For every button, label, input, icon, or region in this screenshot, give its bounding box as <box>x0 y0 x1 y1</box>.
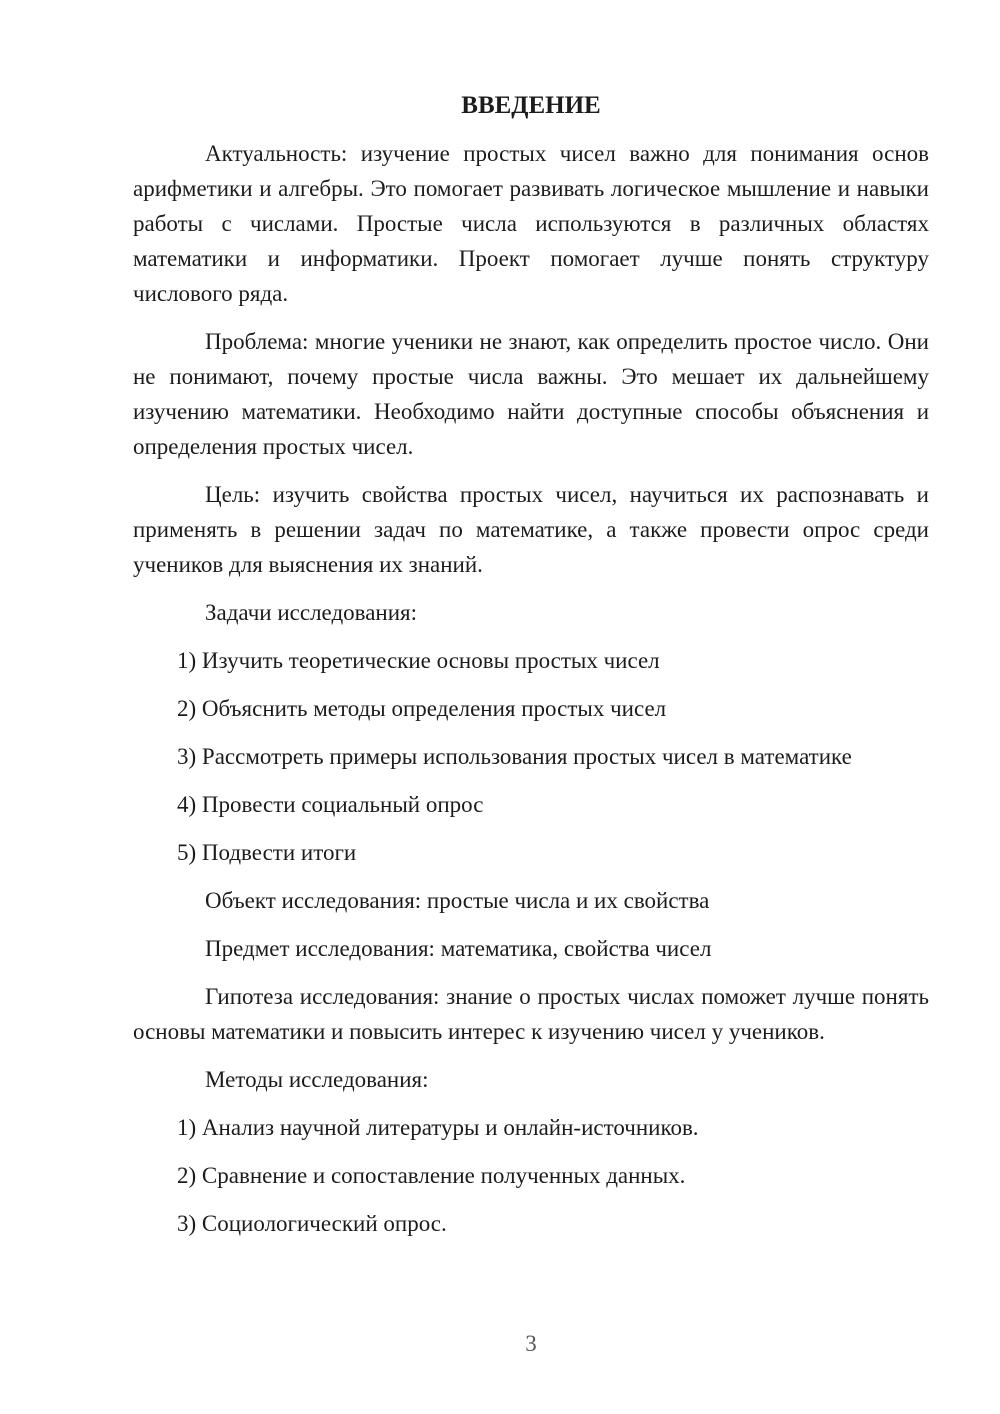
document-title: ВВЕДЕНИЕ <box>133 88 929 123</box>
object-line: Объект исследования: простые числа и их … <box>133 883 929 918</box>
method-item-1: 1) Анализ научной литературы и онлайн-ис… <box>133 1110 929 1145</box>
subject-line: Предмет исследования: математика, свойст… <box>133 931 929 966</box>
task-item-5: 5) Подвести итоги <box>133 835 929 870</box>
paragraph-problema: Проблема: многие ученики не знают, как о… <box>133 324 929 464</box>
paragraph-tsel: Цель: изучить свойства простых чисел, на… <box>133 477 929 582</box>
task-item-4: 4) Провести социальный опрос <box>133 787 929 822</box>
paragraph-gipoteza: Гипотеза исследования: знание о простых … <box>133 979 929 1049</box>
method-item-3: 3) Социологический опрос. <box>133 1206 929 1241</box>
paragraph-aktualnost: Актуальность: изучение простых чисел важ… <box>133 136 929 311</box>
document-page: ВВЕДЕНИЕ Актуальность: изучение простых … <box>0 0 1000 1414</box>
method-item-2: 2) Сравнение и сопоставление полученных … <box>133 1158 929 1193</box>
tasks-heading: Задачи исследования: <box>133 595 929 630</box>
task-item-2: 2) Объяснить методы определения простых … <box>133 691 929 726</box>
page-number: 3 <box>133 1326 929 1361</box>
document-content: ВВЕДЕНИЕ Актуальность: изучение простых … <box>133 88 929 1254</box>
methods-heading: Методы исследования: <box>133 1062 929 1097</box>
task-item-3: 3) Рассмотреть примеры использования про… <box>133 739 929 774</box>
task-item-1: 1) Изучить теоретические основы простых … <box>133 643 929 678</box>
